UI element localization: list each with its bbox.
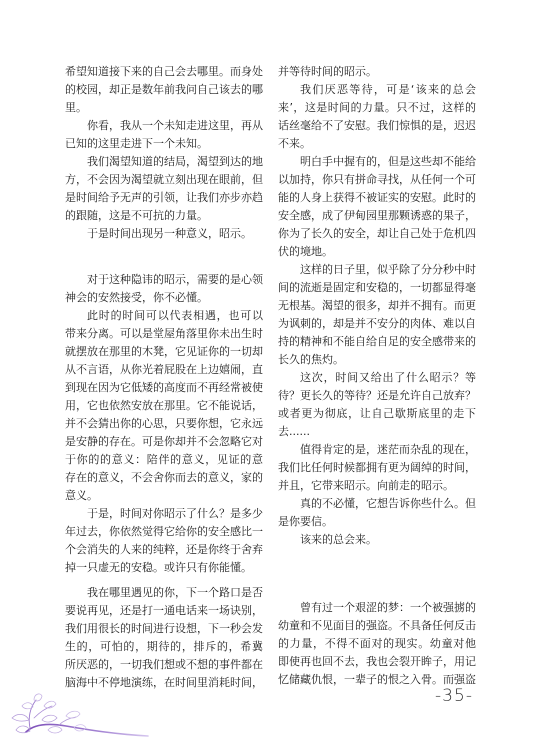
- text-line: 年过去，你依然觉得它给你的安全感比一: [65, 523, 263, 541]
- text-line: 是安静的存在。可是你却并不会忽略它对: [65, 433, 263, 451]
- paragraph: 该来的总会来。: [278, 531, 476, 549]
- text-line: 就摆放在那里的木凳，它见证你的一切却: [65, 343, 263, 361]
- text-line: 存在的意义，不会舍你而去的意义，家的: [65, 469, 263, 487]
- text-line: 的跟随，这是不可抗的力量。: [65, 207, 263, 225]
- text-line: 安全感，成了伊甸园里那颗诱惑的果子，: [278, 207, 476, 225]
- text-line: 里。: [65, 99, 263, 117]
- text-line: 我们用很长的时间进行设想，下一秒会发: [65, 620, 263, 638]
- text-section: 并等待时间的昭示。 我们厌恶等待，可是‘该来的总会 来’，这是时间的力量。只不过…: [278, 63, 476, 549]
- paragraph: 明白手中握有的，但是这些却不能给 以加持，你只有拼命寻找，从任何一个可 能的人身…: [278, 153, 476, 261]
- text-line: 从不言语，从你光着屁股在上边嬉闹，直: [65, 361, 263, 379]
- text-line: 为讽刺的，却是并不安分的肉体、难以自: [278, 315, 476, 333]
- text-line: 话丝毫给不了安慰。我们惊惧的是，迟迟: [278, 117, 476, 135]
- text-line: 神会的安然接受，你不必懂。: [65, 289, 263, 307]
- text-line: 我们厌恶等待，可是‘该来的总会: [278, 81, 476, 99]
- text-line: 的校园，却正是数年前我问自己该去的哪: [65, 81, 263, 99]
- paragraph: 希望知道接下来的自己会去哪里。而身处 的校园，却正是数年前我问自己该去的哪 里。: [65, 63, 263, 117]
- paragraph: 这样的日子里，似乎除了分分秒中时 间的流逝是固定和安稳的，一切都显得毫 无根基。…: [278, 261, 476, 369]
- text-line: 持的精神和不能自给自足的安全感带来的: [278, 333, 476, 351]
- paragraph: 于是，时间对你昭示了什么？是多少 年过去，你依然觉得它给你的安全感比一 个会消失…: [65, 505, 263, 577]
- text-line: 来’，这是时间的力量。只不过，这样的: [278, 99, 476, 117]
- text-line: 希望知道接下来的自己会去哪里。而身处: [65, 63, 263, 81]
- text-line: 我们渴望知道的结局，渴望到达的地: [65, 153, 263, 171]
- text-line: 要说再见，还是打一通电话来一场诀别，: [65, 602, 263, 620]
- text-section: 曾有过一个艰涩的梦：一个被强掳的 幼童和不见面目的强盗。不具备任何反击 的力量，…: [278, 599, 476, 689]
- paragraph: 我在哪里遇见的你，下一个路口是否 要说再见，还是打一通电话来一场诀别， 我们用很…: [65, 584, 263, 692]
- paragraph: 你看，我从一个未知走进这里，再从 已知的这里走进下一个未知。: [65, 117, 263, 153]
- text-section: 我在哪里遇见的你，下一个路口是否 要说再见，还是打一通电话来一场诀别， 我们用很…: [65, 584, 263, 692]
- text-line: 明白手中握有的，但是这些却不能给: [278, 153, 476, 171]
- text-line: 你看，我从一个未知走进这里，再从: [65, 117, 263, 135]
- text-line: 到现在因为它低矮的高度而不再经常被使: [65, 379, 263, 397]
- text-line: 并不会猜出你的心思，只要你想，它永远: [65, 415, 263, 433]
- text-line: 于是时间出现另一种意义，昭示。: [65, 225, 263, 243]
- text-line: 我们比任何时候都拥有更为阔绰的时间，: [278, 459, 476, 477]
- text-line: 你为了长久的安全，却让自己处于危机四: [278, 225, 476, 243]
- text-line: 幼童和不见面目的强盗。不具备任何反击: [278, 617, 476, 635]
- text-line: 伏的境地。: [278, 243, 476, 261]
- paragraph: 我们厌恶等待，可是‘该来的总会 来’，这是时间的力量。只不过，这样的 话丝毫给不…: [278, 81, 476, 153]
- text-line: 这样的日子里，似乎除了分分秒中时: [278, 261, 476, 279]
- paragraph: 此时的时间可以代表相遇，也可以 带来分离。可以是堂屋角落里你未出生时 就摆放在那…: [65, 307, 263, 505]
- text-line: 以加持，你只有拼命寻找，从任何一个可: [278, 171, 476, 189]
- text-line: 该来的总会来。: [278, 531, 476, 549]
- text-line: 是时间给予无声的引领，让我们亦步亦趋: [65, 189, 263, 207]
- text-line: 已知的这里走进下一个未知。: [65, 135, 263, 153]
- paragraph: 并等待时间的昭示。: [278, 63, 476, 81]
- text-line: 真的不必懂，它想告诉你些什么。但: [278, 495, 476, 513]
- text-line: 于是，时间对你昭示了什么？是多少: [65, 505, 263, 523]
- text-line: 不来。: [278, 135, 476, 153]
- text-line: 待？更长久的等待？还是允许自己放弃？: [278, 387, 476, 405]
- text-line: 掉一只虚无的安稳。或许只有你能懂。: [65, 559, 263, 577]
- text-line: 的力量，不得不面对的现实。幼童对他喊，: [278, 635, 476, 653]
- paragraph: 对于这种隐讳的昭示，需要的是心领 神会的安然接受，你不必懂。: [65, 271, 263, 307]
- text-line: 于你的的意义：陪伴的意义，见证的意义，: [65, 451, 263, 469]
- text-line: 无根基。渴望的很多，却并不拥有。而更: [278, 297, 476, 315]
- paragraph: 这次，时间又给出了什么昭示？等 待？更长久的等待？还是允许自己放弃？ 或者更为彻…: [278, 369, 476, 441]
- text-line: 方，不会因为渴望就立刻出现在眼前，但: [65, 171, 263, 189]
- text-line: 我在哪里遇见的你，下一个路口是否: [65, 584, 263, 602]
- text-line: 能的人身上获得不被证实的安慰。此时的: [278, 189, 476, 207]
- text-line: 间的流逝是固定和安稳的，一切都显得毫: [278, 279, 476, 297]
- text-line: 即使再也回不去，我也会裂开眸子，用记: [278, 653, 476, 671]
- text-section: 对于这种隐讳的昭示，需要的是心领 神会的安然接受，你不必懂。 此时的时间可以代表…: [65, 271, 263, 577]
- text-line: 生的，可怕的，期待的，排斥的，希冀的，: [65, 638, 263, 656]
- text-line: 是你要信。: [278, 513, 476, 531]
- text-line: 带来分离。可以是堂屋角落里你未出生时: [65, 325, 263, 343]
- text-line: 个会消失的人来的纯粹，还是你终于舍弃: [65, 541, 263, 559]
- flower-branch-icon: [4, 690, 154, 742]
- paragraph: 我们渴望知道的结局，渴望到达的地 方，不会因为渴望就立刻出现在眼前，但 是时间给…: [65, 153, 263, 225]
- text-line: 去......: [278, 423, 476, 441]
- text-line: 用，它也依然安放在那里。它不能说话，: [65, 397, 263, 415]
- page-number: -35-: [430, 686, 478, 706]
- text-section: 希望知道接下来的自己会去哪里。而身处 的校园，却正是数年前我问自己该去的哪 里。…: [65, 63, 263, 243]
- text-line: 并且，它带来昭示。向前走的昭示。: [278, 477, 476, 495]
- text-line: 意义。: [65, 487, 263, 505]
- text-line: 所厌恶的，一切我们想或不想的事件都在: [65, 656, 263, 674]
- text-line: 此时的时间可以代表相遇，也可以: [65, 307, 263, 325]
- paragraph: 值得肯定的是，迷茫而杂乱的现在， 我们比任何时候都拥有更为阔绰的时间， 并且，它…: [278, 441, 476, 495]
- text-line: 或者更为彻底，让自己歇斯底里的走下: [278, 405, 476, 423]
- text-line: 长久的焦灼。: [278, 351, 476, 369]
- text-line: 曾有过一个艰涩的梦：一个被强掳的: [278, 599, 476, 617]
- text-line: 并等待时间的昭示。: [278, 63, 476, 81]
- text-line: 值得肯定的是，迷茫而杂乱的现在，: [278, 441, 476, 459]
- paragraph: 曾有过一个艰涩的梦：一个被强掳的 幼童和不见面目的强盗。不具备任何反击 的力量，…: [278, 599, 476, 689]
- text-line: 对于这种隐讳的昭示，需要的是心领: [65, 271, 263, 289]
- paragraph: 真的不必懂，它想告诉你些什么。但 是你要信。: [278, 495, 476, 531]
- text-line: 这次，时间又给出了什么昭示？等: [278, 369, 476, 387]
- paragraph: 于是时间出现另一种意义，昭示。: [65, 225, 263, 243]
